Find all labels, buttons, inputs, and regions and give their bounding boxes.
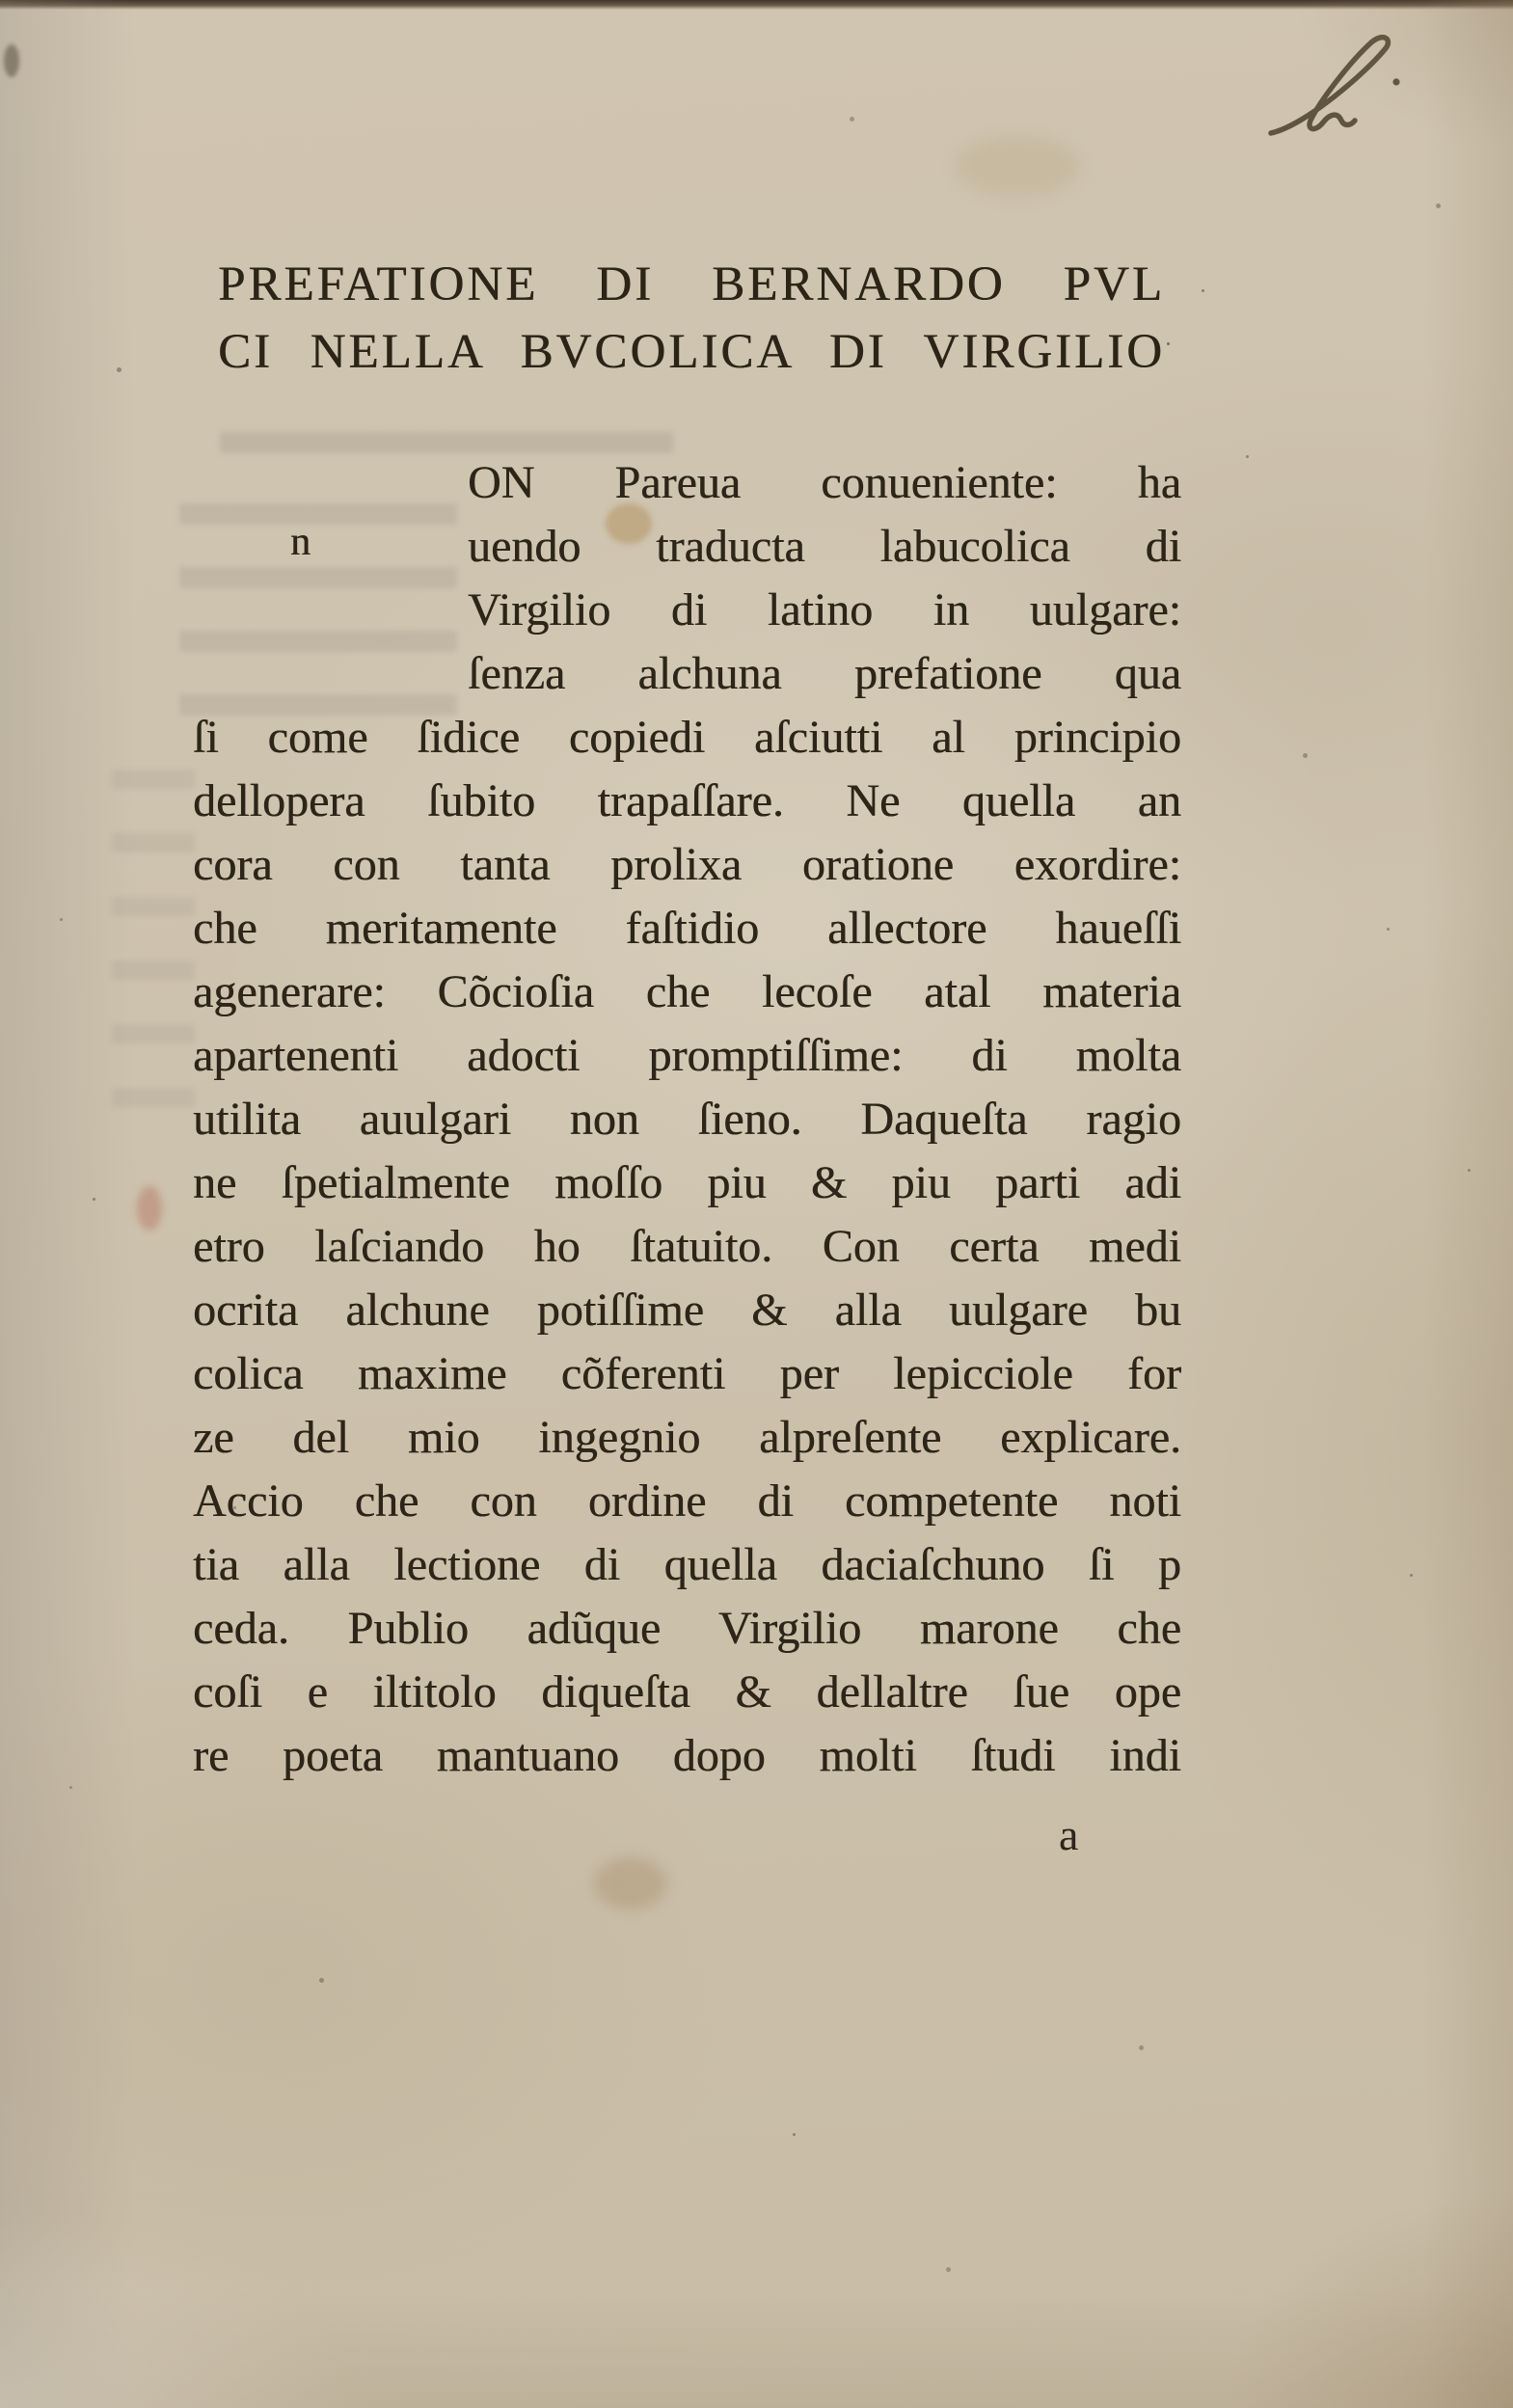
paper-stain <box>137 1186 162 1231</box>
text-line: ſi come ſidice copiedi aſciutti al princ… <box>193 706 1181 770</box>
text-line: re poeta mantuano dopo molti ſtudi indi <box>193 1724 1181 1788</box>
paper-stain <box>955 135 1080 197</box>
heading-line-1: PREFATIONE DI BERNARDO PVL <box>218 251 1165 318</box>
text-line: che meritamente faſtidio allectore haueſ… <box>193 897 1181 960</box>
handwritten-mark-R <box>1252 27 1421 154</box>
text-line: ceda. Publio adũque Virgilio marone che <box>193 1597 1181 1661</box>
signature-mark: a <box>1059 1809 1078 1860</box>
body-text: ON Pareua conueniente: ha uendo traducta… <box>193 451 1181 1788</box>
text-line: coſi e iltitolo diqueſta & dellaltre ſue… <box>193 1661 1181 1724</box>
text-line: uendo traducta labucolica di <box>468 515 1181 579</box>
text-line: Virgilio di latino in uulgare: <box>468 579 1181 642</box>
paper-stain <box>594 1857 667 1909</box>
text-line: ON Pareua conueniente: ha <box>468 451 1181 515</box>
text-line: ocrita alchune potiſſime & alla uulgare … <box>193 1279 1181 1342</box>
text-line: ne ſpetialmente moſſo piu & piu parti ad… <box>193 1151 1181 1215</box>
text-line: agenerare: Cõcioſia che lecoſe atal mate… <box>193 960 1181 1024</box>
text-line: Accio che con ordine di competente noti <box>193 1470 1181 1533</box>
text-line: ze del mio ingegnio alpreſente explicare… <box>193 1406 1181 1470</box>
paper-stain <box>4 44 19 77</box>
bleedthrough-smudge <box>112 731 195 1107</box>
text-line: etro laſciando ho ſtatuito. Con certa me… <box>193 1215 1181 1279</box>
text-line: colica maxime cõferenti per lepicciole f… <box>193 1342 1181 1406</box>
bleedthrough-smudge <box>220 403 673 453</box>
page-top-edge <box>0 0 1513 10</box>
text-line: tia alla lectione di quella daciaſchuno … <box>193 1533 1181 1597</box>
text-line: dellopera ſubito trapaſſare. Ne quella a… <box>193 770 1181 833</box>
paper-specks <box>0 0 3 3</box>
page-heading: PREFATIONE DI BERNARDO PVL CI NELLA BVCO… <box>218 251 1165 386</box>
text-line: ſenza alchuna prefatione qua <box>468 642 1181 706</box>
text-line: cora con tanta prolixa oratione exordire… <box>193 833 1181 897</box>
heading-line-2: CI NELLA BVCOLICA DI VIRGILIO <box>218 318 1165 386</box>
text-line: apartenenti adocti promptiſſime: di molt… <box>193 1024 1181 1088</box>
text-line: utilita auulgari non ſieno. Daqueſta rag… <box>193 1088 1181 1151</box>
book-page: PREFATIONE DI BERNARDO PVL CI NELLA BVCO… <box>0 0 1513 2408</box>
